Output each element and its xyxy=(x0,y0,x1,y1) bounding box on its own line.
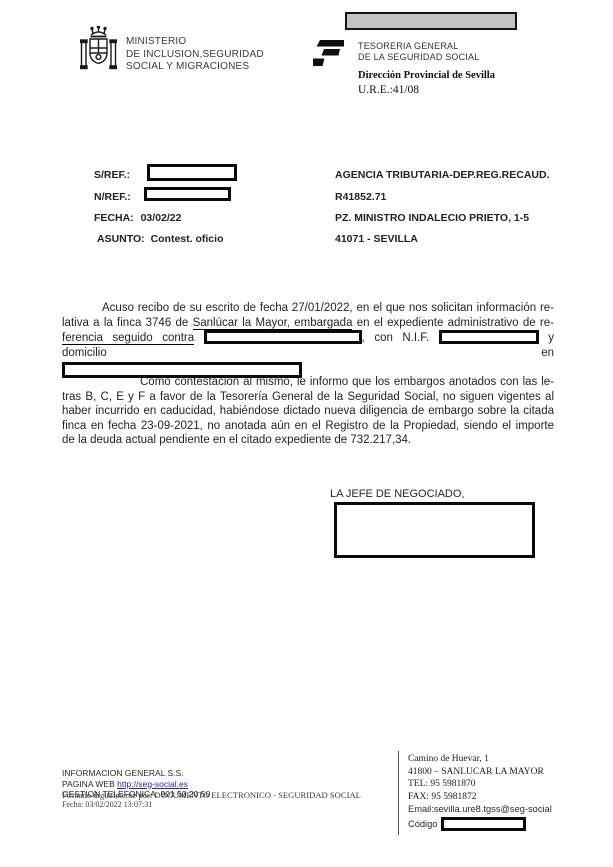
p1-line1: Acuso recibo de su escrito de fecha 27/0… xyxy=(62,301,554,316)
p2-line3: haber incurrido en caducidad, habiéndose… xyxy=(62,404,554,419)
paragraph-2: Como contestación al mismo, le informo q… xyxy=(62,375,554,448)
p2-line4: finca en fecha 23-09-2021, no anotada aú… xyxy=(62,419,554,434)
office-address-city: 41800 – SANLUCAR LA MAYOR xyxy=(408,766,578,779)
ministry-line3: SOCIAL Y MIGRACIONES xyxy=(126,61,264,74)
recipient-line1: AGENCIA TRIBUTARIA-DEP.REG.RECAUD. xyxy=(335,169,549,181)
tgss-logo-icon xyxy=(313,40,344,66)
tgss-name: TESORERIA GENERAL DE LA SEGURIDAD SOCIAL xyxy=(358,41,479,63)
asunto-label: ASUNTO: xyxy=(97,233,145,245)
coat-of-arms-icon xyxy=(80,26,117,76)
footer-info-general: INFORMACION GENERAL S.S. xyxy=(62,768,392,779)
ministry-emblem xyxy=(80,26,117,76)
p1-l2-text-c: en el expediente administrativo de re- xyxy=(352,317,554,329)
fecha-label: FECHA: xyxy=(94,212,134,224)
sref-label: S/REF.: xyxy=(94,169,130,181)
ministry-name: MINISTERIO DE INCLUSION,SEGURIDAD SOCIAL… xyxy=(126,36,264,74)
tgss-line2: DE LA SEGURIDAD SOCIAL xyxy=(358,52,479,63)
redaction-box-codigo xyxy=(441,817,526,831)
footer-web-label: PAGINA WEB xyxy=(62,779,117,789)
p2-line1: Como contestación al mismo, le informo q… xyxy=(62,375,554,390)
redaction-box-sref xyxy=(147,164,237,181)
office-tel: TEL: 95 5981870 xyxy=(408,778,578,791)
nref-label: N/REF.: xyxy=(94,191,131,203)
footer-signed-stamp: Firmado digitalmente por: DOCUMENTO ELEC… xyxy=(62,790,361,800)
tgss-line1: TESORERIA GENERAL xyxy=(358,41,479,52)
footer-overlap-row: GESTION TELEFONICA: 901 50 20 50 Firmado… xyxy=(62,789,392,800)
footer-stamp-date: Fecha: 03/02/2022 13:07:31 xyxy=(62,800,392,809)
redaction-box-nif xyxy=(439,330,539,344)
codigo-label: Código xyxy=(408,818,437,831)
redaction-box-name xyxy=(204,330,362,344)
recipient-line3: PZ. MINISTRO INDALECIO PRIETO, 1-5 xyxy=(335,212,529,224)
provincial-direction: Dirección Provincial de Sevilla xyxy=(358,70,495,81)
p1-l2-text-a: lativa a la finca 3746 de xyxy=(62,317,193,329)
p1-line3: ferencia seguido contra , con N.I.F. y d… xyxy=(62,330,554,360)
redaction-box-header xyxy=(345,12,517,30)
office-email: Email:sevilla.ure8.tgss@seg-social xyxy=(408,803,578,816)
recipient-line2: R41852.71 xyxy=(335,191,386,203)
signature-title: LA JEFE DE NEGOCIADO, xyxy=(330,488,464,500)
p2-line2: tras B, C, E y F a favor de la Tesorería… xyxy=(62,390,554,405)
p2-line5: de la deuda actual pendiente en el citad… xyxy=(62,433,554,448)
p1-l2-underlined: Sanlúcar la Mayor, embargada xyxy=(193,317,353,330)
p1-l3-underlined: ferencia seguido contra xyxy=(62,332,194,345)
paragraph-1: Acuso recibo de su escrito de fecha 27/0… xyxy=(62,301,554,383)
asunto-value: Contest. oficio xyxy=(151,233,224,245)
asunto-row: ASUNTO: Contest. oficio xyxy=(97,233,223,245)
redaction-box-nref xyxy=(144,187,231,201)
office-address-street: Camino de Huevar, 1 xyxy=(408,753,578,766)
footer-left: INFORMACION GENERAL S.S. PAGINA WEB http… xyxy=(62,768,392,809)
footer-right: Camino de Huevar, 1 41800 – SANLUCAR LA … xyxy=(398,751,578,835)
p1-l3-text-b: , con N.I.F. xyxy=(362,332,430,344)
recipient-line4: 41071 - SEVILLA xyxy=(335,233,418,245)
footer-web-row: PAGINA WEB http://seg-social.es xyxy=(62,779,392,790)
footer-web-link[interactable]: http://seg-social.es xyxy=(117,779,188,789)
codigo-row: Código xyxy=(408,817,578,831)
redaction-box-signature xyxy=(334,502,535,558)
ministry-line1: MINISTERIO xyxy=(126,36,264,49)
ure-code: U.R.E.:41/08 xyxy=(358,84,419,96)
p1-line2: lativa a la finca 3746 de Sanlúcar la Ma… xyxy=(62,316,554,331)
ministry-line2: DE INCLUSION,SEGURIDAD xyxy=(126,49,264,62)
document-page: MINISTERIO DE INCLUSION,SEGURIDAD SOCIAL… xyxy=(0,0,613,867)
office-fax: FAX: 95 5981872 xyxy=(408,791,578,804)
fecha-row: FECHA: 03/02/22 xyxy=(94,212,181,224)
fecha-value: 03/02/22 xyxy=(141,212,182,224)
